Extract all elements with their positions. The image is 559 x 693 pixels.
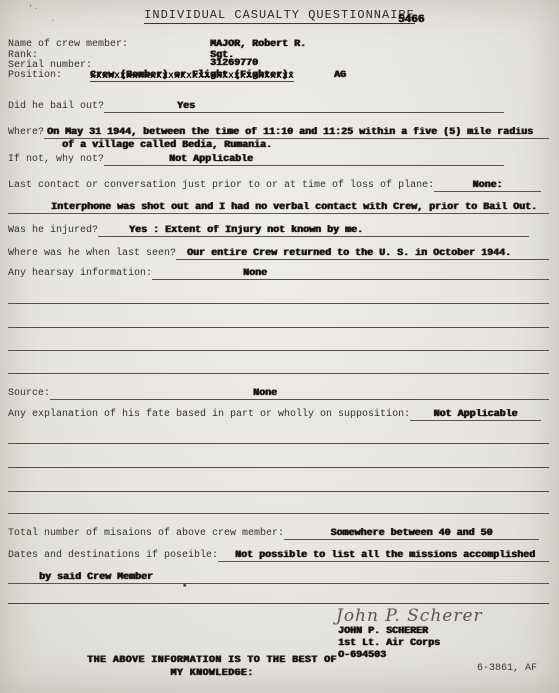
ruled-line	[8, 513, 549, 514]
q-lastcontact-answer-detail: Interphone was shot out and I had no ver…	[51, 202, 537, 213]
ruled-line	[8, 443, 549, 444]
q-injured-answer: Yes : Extent of Injury not known by me.	[129, 225, 363, 236]
signer-rank: 1st Lt. Air Corps	[338, 638, 440, 650]
q-bailout-answer: Yes	[177, 101, 195, 112]
q-where-answer-line1: On May 31 1944, between the time of 11:1…	[47, 127, 533, 138]
page-title: INDIVIDUAL CASUALTY QUESTIONNAIRE	[144, 8, 415, 24]
q-lastseen-label: Where was he when last seen?	[8, 248, 176, 259]
q-lastcontact-answer-short: None:	[473, 180, 503, 191]
ruled-line	[8, 491, 549, 492]
q-missions-label: Total number of misaions of above crew m…	[8, 528, 284, 539]
q-supposition-answer: Not Applicable	[434, 409, 518, 420]
certification-statement: THE ABOVE INFORMATION IS TO THE BEST OF …	[78, 654, 346, 680]
q-bailout-label: Did he bail out?	[8, 101, 104, 112]
ruled-line	[8, 327, 549, 328]
q-missions-answer: Somewhere between 40 and 50	[331, 528, 493, 539]
q-ifnot-label: If not, why not?	[8, 154, 104, 165]
q-dates-answer-line1: Not possible to list all the missions ac…	[235, 550, 535, 561]
q-where-answer-line2: of a village called Bedia, Rumania.	[62, 140, 272, 151]
q-where-label: Where?	[8, 127, 44, 138]
field-value-name: MAJOR, Robert R.	[210, 39, 306, 50]
q-supposition-label: Any explanation of his fate based in par…	[8, 409, 410, 420]
field-value-serial: 31269770	[210, 58, 258, 69]
form-code: 6-3861, AF	[477, 663, 537, 674]
ruled-line	[8, 467, 549, 468]
signer-name: JOHN P. SCHERER	[338, 626, 440, 638]
section-divider-line	[8, 603, 549, 604]
field-label-name: Name of crew member:	[8, 39, 210, 50]
ruled-line	[8, 373, 549, 374]
q-ifnot-answer: Not Applicable	[169, 154, 253, 165]
q-hearsay-answer: None	[243, 268, 267, 279]
handwritten-signature: John P. Scherer	[336, 606, 483, 626]
q-dates-label: Dates and destinations if poseible:	[8, 550, 218, 561]
ruled-line	[8, 350, 549, 351]
q-injured-label: Was he injured?	[8, 225, 98, 236]
q-source-label: Source:	[8, 388, 50, 399]
q-dates-answer-line2: by said Crew Member	[39, 572, 153, 583]
scanned-casualty-questionnaire: ’· · INDIVIDUAL CASUALTY QUESTIONNAIRE 5…	[0, 0, 559, 693]
footnote-mark: *	[182, 583, 187, 593]
q-lastcontact-label: Last contact or conversation just prior …	[8, 180, 434, 191]
typewriter-strikeout: xxxxxxxxxxxxxxxxxxxxxxxxxxxxxxxxxx	[90, 71, 294, 82]
field-value-position: AG	[334, 70, 346, 81]
q-hearsay-label: Any hearsay information:	[8, 268, 152, 279]
position-struck-text: Crew (Bomber) or Flight (Fighter): xxxxx…	[90, 70, 294, 82]
signer-serial: O-694503	[338, 650, 440, 662]
q-source-answer: None	[253, 388, 277, 399]
q-lastseen-answer: Our entire Crew returned to the U. S. in…	[187, 248, 511, 259]
ruled-line	[8, 303, 549, 304]
stamp-number: 5466	[398, 14, 424, 26]
field-label-position: Position:	[8, 70, 90, 81]
